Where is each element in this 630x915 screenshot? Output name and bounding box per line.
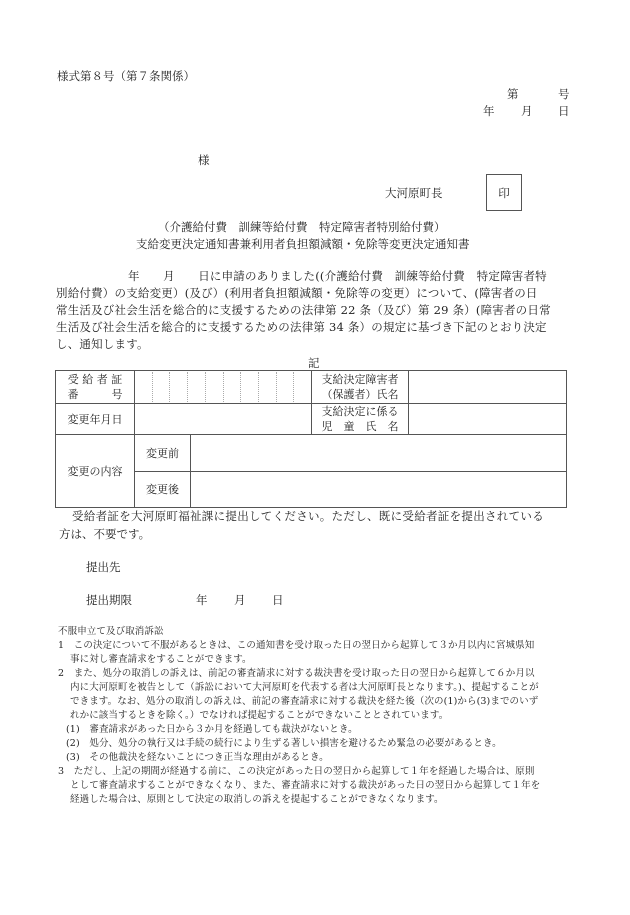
submission-instruction-1: 受給者証を大河原町福祉課に提出してください。ただし、既に受給者証を提出されている: [72, 508, 544, 524]
after-label: 変更後: [135, 472, 191, 508]
title-line-1: （介護給付費 訓練等給付費 特定障害者特別給付費）: [158, 219, 446, 235]
note-2-line-1: 2 また、処分の取消しの訴えは、前記の審査請求に対する裁決書を受け取った日の翌日…: [58, 667, 574, 681]
note-1-line-1: 1 この決定について不服があるときは、この通知書を受け取った日の翌日から起算して…: [58, 639, 574, 653]
recipient-number-field[interactable]: [135, 371, 312, 404]
body-line-2: 別給付費）の支給変更）(及び）(利用者負担額減額・免除等の変更）について、(障害…: [56, 285, 568, 302]
deadline-year: 年: [196, 592, 208, 608]
date-year: 年: [483, 103, 495, 119]
issuer-name: 大河原町長: [385, 185, 443, 201]
body-line-1: 年 月 日に申請のありました((介護給付費 訓練等給付費 特定障害者特: [56, 268, 568, 285]
before-field[interactable]: [191, 435, 567, 472]
decision-table: 受 給 者 証 番 号 支給決定障害者 （保護者）氏名 変更年月日: [55, 370, 567, 508]
child-name-label: 支給決定に係る 児 童 氏 名: [312, 404, 409, 435]
before-label: 変更前: [135, 435, 191, 472]
note-1-line-2: 事に対し審査請求をすることができます。: [58, 653, 574, 667]
body-paragraph: 年 月 日に申請のありました((介護給付費 訓練等給付費 特定障害者特 別給付費…: [56, 268, 568, 353]
digit-slot[interactable]: [294, 372, 311, 402]
addressee-honorific: 様: [198, 152, 210, 168]
body-line-5: し、通知します。: [56, 336, 568, 353]
seal-box: 印: [486, 174, 522, 211]
digit-slot[interactable]: [259, 372, 277, 402]
doc-number-prefix: 第: [507, 86, 519, 102]
beneficiary-name-label: 支給決定障害者 （保護者）氏名: [312, 371, 409, 404]
digit-slot[interactable]: [153, 372, 171, 402]
table-row-change-date: 変更年月日 支給決定に係る 児 童 氏 名: [56, 404, 567, 435]
destination-label: 提出先: [86, 559, 121, 575]
change-date-label: 変更年月日: [56, 404, 135, 435]
seal-label: 印: [498, 185, 510, 201]
body-line-4: 生活及び社会生活を総合的に支援するための法律第 34 条）の規定に基づき下記のと…: [56, 319, 568, 336]
title-line-2: 支給変更決定通知書兼利用者負担額減額・免除等変更決定通知書: [136, 236, 470, 252]
digit-slot[interactable]: [135, 372, 153, 402]
ki-heading: 記: [308, 355, 320, 371]
digit-slot[interactable]: [188, 372, 206, 402]
date-day: 日: [558, 103, 570, 119]
note-2-sub-3: (3) その他裁決を経ないことにつき正当な理由があるとき。: [58, 751, 574, 765]
submission-instruction-2: 方は、不要です。: [59, 526, 150, 542]
note-2-sub-2: (2) 処分、処分の執行又は手続の続行により生ずる著しい損害を避けるため緊急の必…: [58, 737, 574, 751]
digit-slot[interactable]: [224, 372, 242, 402]
note-3-line-1: 3 ただし、上記の期間が経過する前に、この決定があった日の翌日から起算して１年を…: [58, 765, 574, 779]
deadline-month: 月: [234, 592, 246, 608]
digit-slot[interactable]: [206, 372, 224, 402]
date-month: 月: [521, 103, 533, 119]
digit-slot[interactable]: [170, 372, 188, 402]
digit-slot[interactable]: [241, 372, 259, 402]
table-row-before: 変更の内容 変更前: [56, 435, 567, 472]
after-field[interactable]: [191, 472, 567, 508]
note-3-line-3: 経過した場合は、原則として決定の取消しの訴えを提起することができなくなります。: [58, 793, 574, 807]
body-line-3: 常生活及び社会生活を総合的に支援するための法律第 22 条（及び）第 29 条）…: [56, 302, 568, 319]
notes-title: 不服申立て及び取消訴訟: [58, 625, 574, 639]
note-2-line-3: できます。なお、処分の取消しの訴えは、前記の審査請求に対する裁決を経た後（次の(…: [58, 695, 574, 709]
appeal-notes: 不服申立て及び取消訴訟 1 この決定について不服があるときは、この通知書を受け取…: [58, 625, 574, 807]
digit-slot[interactable]: [277, 372, 295, 402]
deadline-day: 日: [272, 592, 284, 608]
child-name-field[interactable]: [409, 404, 567, 435]
change-content-label: 変更の内容: [56, 435, 135, 508]
note-2-sub-1: (1) 審査請求があった日から３か月を経過しても裁決がないとき。: [58, 723, 574, 737]
table-row-recipient: 受 給 者 証 番 号 支給決定障害者 （保護者）氏名: [56, 371, 567, 404]
beneficiary-name-field[interactable]: [409, 371, 567, 404]
note-3-line-2: として審査請求することができなくなり、また、審査請求に対する裁決があった日の翌日…: [58, 779, 574, 793]
recipient-number-label: 受 給 者 証 番 号: [56, 371, 135, 404]
doc-number-suffix: 号: [558, 86, 570, 102]
note-2-line-2: 内に大河原町を被告として（訴訟において大河原町を代表する者は大河原町長となります…: [58, 681, 574, 695]
change-date-field[interactable]: [135, 404, 312, 435]
form-number: 様式第８号（第７条関係）: [57, 68, 195, 84]
note-2-line-4: れかに該当するときを除く。）でなければ提起することができないこととされています。: [58, 709, 574, 723]
deadline-label: 提出期限: [86, 592, 132, 608]
